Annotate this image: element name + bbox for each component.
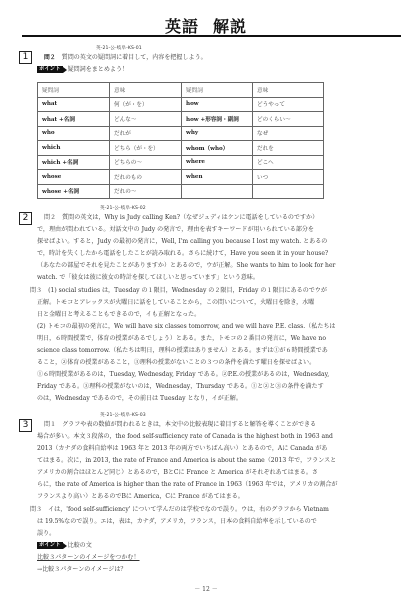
table-cell: どうやって: [253, 97, 324, 112]
header-rule: [22, 35, 401, 37]
table-cell: which: [38, 141, 110, 156]
point-badge: ポイント: [37, 66, 63, 73]
section-code: 英-21-公-岐阜-KS-03: [100, 412, 146, 418]
body-line: (2) トモコの最初の発言に，We will have six classes …: [37, 323, 335, 330]
table-cell: どこへ: [253, 155, 324, 170]
table-cell: whom（who）: [182, 141, 253, 156]
body-line: アメリカの割合はほとんど同じ）とあるので，BとCに France と Ameri…: [37, 469, 318, 476]
table-row: who だれが why なぜ: [38, 126, 324, 141]
point-question: →比較３パターンのイメージは？: [37, 566, 126, 573]
section-code: 英-21-公-岐阜-KS-01: [96, 45, 142, 51]
table-cell: 何（が・を）: [110, 97, 182, 112]
body-line: らに，the rate of America is higher than th…: [37, 481, 337, 488]
table-row: which どちら（が・を） whom（who） だれを: [38, 141, 324, 156]
body-line: ること，②体育の授業があること，③理科の授業がないことの３つの条件を満たす曜日を…: [37, 359, 315, 366]
table-cell: だれが: [110, 126, 182, 141]
table-cell: どちら（が・を）: [110, 141, 182, 156]
point-heading: ポイント比較の文: [37, 542, 92, 549]
table-cell: whose +名詞: [38, 184, 110, 199]
body-line: のは，Wednesday であるので，その前日は Tuesday となり，イが正…: [37, 395, 242, 402]
table-cell: [253, 184, 324, 199]
table-header: 疑問詞: [38, 83, 110, 98]
question-label: 問２: [44, 55, 56, 61]
title-kind: 解説: [213, 17, 247, 36]
table-row: what +名詞 どんな〜 how +形容詞・副詞 どのくらい〜: [38, 112, 324, 127]
point-heading: ポイント疑問詞をまとめよう！: [37, 66, 128, 73]
body-line: てはまる。次に，in 2013, the rate of France and …: [37, 457, 336, 464]
table-cell: where: [182, 155, 253, 170]
table-cell: why: [182, 126, 253, 141]
body-line: 明日，６時間授業で，体育の授業があるでしょう）とある。また，トモコの２番目の発言…: [37, 335, 326, 342]
table-cell: how +形容詞・副詞: [182, 112, 253, 127]
body-line: 問２ 質問の英文は，Why is Judy calling Ken?（なぜジュデ…: [44, 214, 318, 221]
table-cell: だれのもの: [110, 170, 182, 185]
section-number: 1: [19, 51, 32, 64]
table-cell: だれの〜: [110, 184, 182, 199]
body-line: （あなたの部屋でそれを見たことがありますか）とあるので，ウが正解。She wan…: [37, 262, 335, 269]
point-text: 疑問詞をまとめよう！: [68, 66, 128, 73]
body-line: で，理由が問われている。対話文中の Judy の発言で，理由を表すキーワードが用…: [37, 226, 314, 233]
table-row: which +名詞 どちらの〜 where どこへ: [38, 155, 324, 170]
point-badge: ポイント: [37, 542, 63, 549]
section-code: 英-21-公-岐阜-KS-02: [100, 205, 146, 211]
table-header: 疑問詞: [182, 83, 253, 98]
table-cell: どのくらい〜: [253, 112, 324, 127]
table-header: 意味: [253, 83, 324, 98]
body-line: watch. で「彼女は彼に彼女の時計を探してほしいと思っています」という意味。: [37, 274, 259, 281]
body-line: ①６時間授業があるのは，Tuesday, Wednesday, Friday で…: [37, 371, 329, 378]
table-cell: which +名詞: [38, 155, 110, 170]
table-cell: what +名詞: [38, 112, 110, 127]
body-line: 問３ イは，'food self-sufficiency' について学んだのは学…: [30, 506, 329, 513]
question-line: 問２ 質問の英文の疑問詞に着目して，内容を把握しよう。: [44, 54, 207, 62]
body-line: は 19.5%なので誤り。エは，表は，カナダ，アメリカ，フランス，日本の食料自給…: [37, 518, 317, 525]
table-cell: how: [182, 97, 253, 112]
page-number: － 12 －: [0, 584, 412, 593]
table-header-row: 疑問詞 意味 疑問詞 意味: [38, 83, 324, 98]
body-line: 問１ グラフや表の数値が問われるときは，本文中の比較表現に着目すると解答を導くこ…: [44, 421, 316, 428]
body-line: Friday である。③理科の授業がないのは，Wednesday，Thursda…: [37, 383, 324, 390]
table-cell: いつ: [253, 170, 324, 185]
table-cell: [182, 184, 253, 199]
body-line: で，時計を失くしたから電話をしたことが読み取れる。さらに続けて，Have you…: [37, 250, 328, 257]
table-cell: whose: [38, 170, 110, 185]
question-text: 質問の英文の疑問詞に着目して，内容を把握しよう。: [56, 54, 207, 61]
chevron-right-icon: [63, 543, 67, 549]
section-number: 3: [19, 419, 32, 432]
page-title: 英語解説: [0, 14, 412, 37]
body-line: 問３ (1) social studies は，Tuesday の１限目，Wed…: [30, 287, 327, 294]
body-line: 探せばよい。すると，Judy の最初の発言に，Well, I'm calling…: [37, 238, 327, 245]
table-cell: when: [182, 170, 253, 185]
body-line: フランスより高い）とあるのでBに America，Cに France があてはま…: [37, 493, 244, 500]
table-cell: what: [38, 97, 110, 112]
title-subject: 英語: [165, 17, 199, 36]
body-line: 場合が多い。本文３段落の，the food self-sufficiency r…: [37, 433, 333, 440]
point-text: 比較の文: [68, 542, 92, 549]
table-row: whose だれのもの when いつ: [38, 170, 324, 185]
table-cell: だれを: [253, 141, 324, 156]
section-number: 2: [19, 212, 32, 225]
table-cell: なぜ: [253, 126, 324, 141]
table-cell: who: [38, 126, 110, 141]
table-cell: どちらの〜: [110, 155, 182, 170]
chevron-right-icon: [63, 67, 67, 73]
table-row: whose +名詞 だれの〜: [38, 184, 324, 199]
table-cell: どんな〜: [110, 112, 182, 127]
body-line: 日と金曜日と考えることもできるので，イも正解となった。: [37, 311, 200, 318]
body-line: science class tomorrow.（私たちは明日，理科の授業はありま…: [37, 347, 328, 354]
body-line: 誤り。: [37, 530, 55, 537]
table-header: 意味: [110, 83, 182, 98]
point-subheading: 比較３パターンのイメージをつかむ！: [37, 554, 140, 561]
table-row: what 何（が・を） how どうやって: [38, 97, 324, 112]
body-line: 2013（カナダの食料自給率は 1963 年と 2013 年の両方でいちばん高い…: [37, 445, 327, 452]
interrogatives-table: 疑問詞 意味 疑問詞 意味 what 何（が・を） how どうやって what…: [37, 82, 324, 199]
body-line: 正解。トモコとアレックスが火曜日に話をしていることから，この問いについて，火曜日…: [37, 299, 314, 306]
